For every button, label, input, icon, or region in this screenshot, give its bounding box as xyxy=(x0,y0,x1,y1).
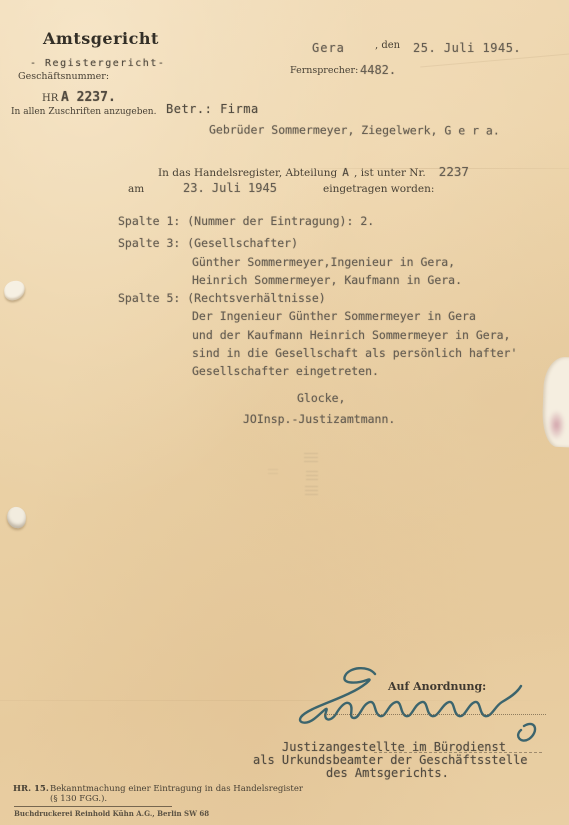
body-line: sind in die Gesellschaft als persönlich … xyxy=(192,346,517,360)
punch-hole-top xyxy=(3,280,26,302)
city-name: Gera xyxy=(312,41,345,55)
footer-paragraph: (§ 130 FGG.). xyxy=(50,794,107,804)
footer-printer: Buchdruckerei Reinhold Kühn A.G., Berlin… xyxy=(14,809,209,818)
register-court-label: - Registergericht- xyxy=(30,58,165,69)
file-number-prefix: HR xyxy=(42,93,58,104)
register-entry-line1: In das Handelsregister, Abteilung A , is… xyxy=(158,161,469,180)
signature: Zimmermann xyxy=(288,656,550,748)
body-line: Spalte 1: (Nummer der Eintragung): 2. xyxy=(118,214,374,228)
subject-label: Betr.: Firma xyxy=(166,102,259,116)
register-line1-pre: In das Handelsregister, Abteilung xyxy=(158,167,337,179)
court-name: Amtsgericht xyxy=(43,29,159,48)
file-number: A 2237. xyxy=(61,90,116,105)
stamp-line: des Amtsgerichts. xyxy=(326,766,449,780)
footer-rule xyxy=(14,806,172,807)
phone-label: Fernsprecher: xyxy=(290,65,358,76)
scanned-letter-page: Amtsgericht - Registergericht- Geschäfts… xyxy=(0,0,569,825)
date-label: , den xyxy=(375,40,400,51)
letter-date: 25. Juli 1945. xyxy=(413,41,521,55)
punch-hole-bottom xyxy=(6,506,27,529)
register-number: 2237 xyxy=(439,164,469,179)
signature-underline xyxy=(324,714,546,715)
footer-form-number: HR. 15. xyxy=(13,784,49,794)
file-number-label: Geschäftsnummer: xyxy=(18,71,109,82)
bleed-through-mark xyxy=(306,468,318,480)
register-section: A xyxy=(342,166,349,179)
register-entered-label: eingetragen worden: xyxy=(323,183,434,195)
correspondence-note: In allen Zuschriften anzugeben. xyxy=(11,107,156,117)
firm-name: Gebrüder Sommermeyer, Ziegelwerk, G e r … xyxy=(209,122,500,137)
bleed-through-mark xyxy=(305,485,318,495)
body-line: Heinrich Sommermeyer, Kaufmann in Gera. xyxy=(192,273,462,287)
footer-description: Bekanntmachung einer Eintragung in das H… xyxy=(50,784,303,794)
register-am-label: am xyxy=(128,183,144,195)
bleed-through-mark xyxy=(304,452,318,462)
signoff-title: JOInsp.-Justizamtmann. xyxy=(243,412,395,426)
bleed-through-mark xyxy=(268,466,278,474)
fold-crease xyxy=(420,53,569,67)
body-line: Spalte 5: (Rechtsverhältnisse) xyxy=(118,291,326,305)
phone-number: 4482. xyxy=(360,63,396,77)
body-line: und der Kaufmann Heinrich Sommermeyer in… xyxy=(192,328,511,342)
body-line: Der Ingenieur Günther Sommermeyer in Ger… xyxy=(192,309,476,323)
stamp-line: als Urkundsbeamter der Geschäftsstelle xyxy=(253,753,528,767)
body-line: Günther Sommermeyer,Ingenieur in Gera, xyxy=(192,255,455,269)
ink-stain xyxy=(548,410,565,440)
signoff-name: Glocke, xyxy=(297,391,345,405)
body-line: Spalte 3: (Gesellschafter) xyxy=(118,236,298,250)
register-line1-mid: , ist unter Nr. xyxy=(354,167,426,179)
register-entry-date: 23. Juli 1945 xyxy=(183,181,277,195)
body-line: Gesellschafter eingetreten. xyxy=(192,364,379,378)
